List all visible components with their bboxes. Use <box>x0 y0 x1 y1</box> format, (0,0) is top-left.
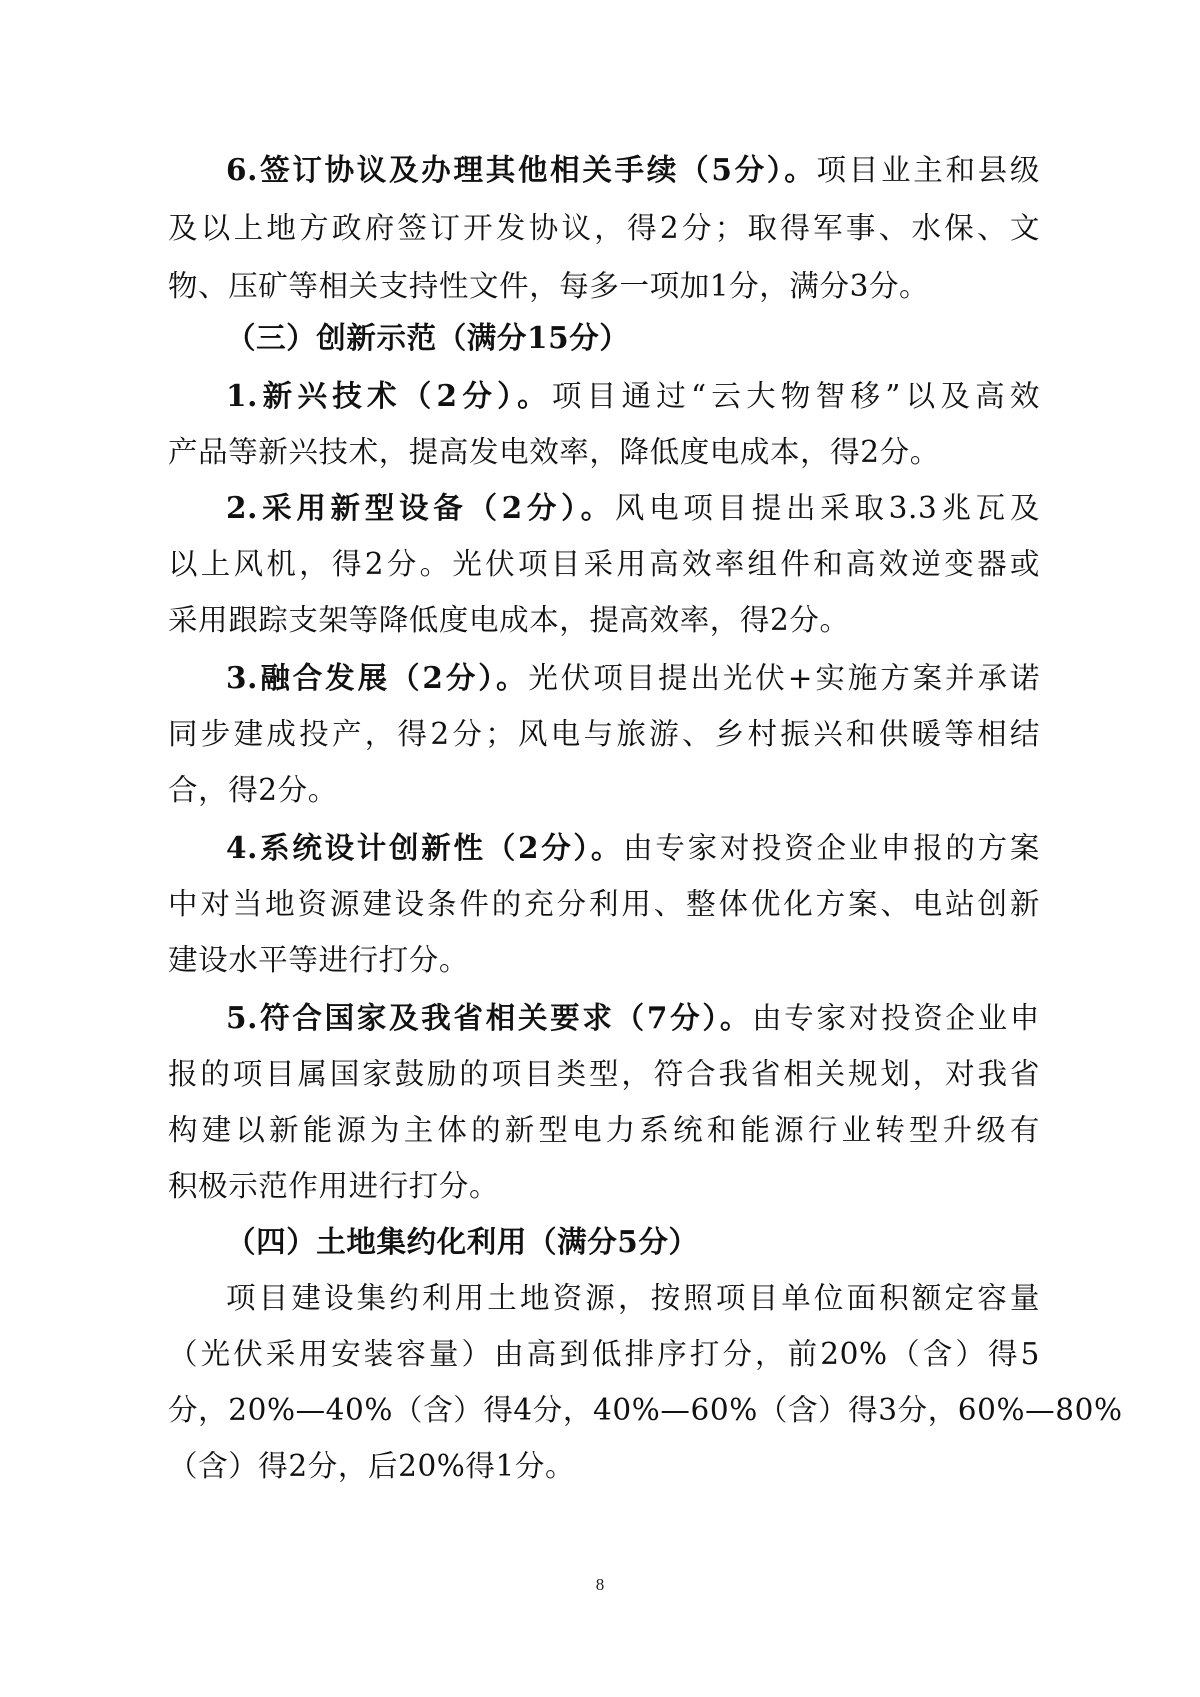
item-3-3-lead: 3.融合发展（2分）。 <box>226 660 528 695</box>
item-6-text: 项目业主和县级 <box>817 153 1040 187</box>
page-number: 8 <box>0 1575 1200 1595</box>
paragraph-item-6-line-1: 6.签订协议及办理其他相关手续（5分）。项目业主和县级 <box>226 150 1040 190</box>
paragraph-item-3-2-line-1: 2.采用新型设备（2分）。风电项目提出采取3.3兆瓦及 <box>226 488 1040 528</box>
item-3-4-text: 由专家对投资企业申报的方案 <box>623 831 1040 865</box>
item-3-2-text: 风电项目提出采取3.3兆瓦及 <box>615 491 1040 525</box>
paragraph-item-6-line-2: 及以上地方政府签订开发协议，得2分；取得军事、水保、文 <box>168 208 1040 248</box>
paragraph-item-3-3-line-3: 合，得2分。 <box>168 770 338 810</box>
paragraph-item-3-3-line-1: 3.融合发展（2分）。光伏项目提出光伏+实施方案并承诺 <box>226 658 1040 698</box>
item-3-5-lead: 5.符合国家及我省相关要求（7分）。 <box>226 1000 752 1035</box>
paragraph-item-3-5-line-4: 积极示范作用进行打分。 <box>168 1166 499 1206</box>
paragraph-item-3-1-line-2: 产品等新兴技术，提高发电效率，降低度电成本，得2分。 <box>168 432 940 472</box>
paragraph-item-3-5-line-1: 5.符合国家及我省相关要求（7分）。由专家对投资企业申 <box>226 998 1040 1038</box>
paragraph-item-3-2-line-3: 采用跟踪支架等降低度电成本，提高效率，得2分。 <box>168 600 850 640</box>
paragraph-item-3-4-line-3: 建设水平等进行打分。 <box>168 940 469 980</box>
paragraph-item-3-4-line-2: 中对当地资源建设条件的充分利用、整体优化方案、电站创新 <box>168 884 1040 924</box>
section-heading-innovation: （三）创新示范（满分15分） <box>226 318 629 358</box>
paragraph-land-use-line-1: 项目建设集约利用土地资源，按照项目单位面积额定容量 <box>226 1278 1040 1318</box>
paragraph-land-use-line-4: （含）得2分，后20%得1分。 <box>168 1446 575 1486</box>
paragraph-item-3-5-line-2: 报的项目属国家鼓励的项目类型，符合我省相关规划，对我省 <box>168 1054 1040 1094</box>
paragraph-item-3-1-line-1: 1.新兴技术（2分）。项目通过“云大物智移”以及高效 <box>226 376 1040 416</box>
item-6-lead: 6.签订协议及办理其他相关手续（5分）。 <box>226 152 817 187</box>
paragraph-item-3-4-line-1: 4.系统设计创新性（2分）。由专家对投资企业申报的方案 <box>226 828 1040 868</box>
item-3-5-text: 由专家对投资企业申 <box>752 1001 1040 1035</box>
section-heading-land-use: （四）土地集约化利用（满分5分） <box>226 1222 699 1262</box>
paragraph-item-3-3-line-2: 同步建成投产，得2分；风电与旅游、乡村振兴和供暖等相结 <box>168 714 1040 754</box>
item-3-4-lead: 4.系统设计创新性（2分）。 <box>226 830 623 865</box>
item-3-2-lead: 2.采用新型设备（2分）。 <box>226 490 615 525</box>
paragraph-land-use-line-3: 分，20%—40%（含）得4分，40%—60%（含）得3分，60%—80% <box>168 1390 1040 1430</box>
paragraph-item-3-5-line-3: 构建以新能源为主体的新型电力系统和能源行业转型升级有 <box>168 1110 1040 1150</box>
item-3-1-text: 项目通过“云大物智移”以及高效 <box>552 379 1040 413</box>
paragraph-item-6-line-3: 物、压矿等相关支持性文件，每多一项加1分，满分3分。 <box>168 266 929 306</box>
paragraph-land-use-line-2: （光伏采用安装容量）由高到低排序打分，前20%（含）得5 <box>168 1334 1040 1374</box>
paragraph-item-3-2-line-2: 以上风机，得2分。光伏项目采用高效率组件和高效逆变器或 <box>168 544 1040 584</box>
item-3-3-text: 光伏项目提出光伏+实施方案并承诺 <box>528 661 1040 695</box>
item-3-1-lead: 1.新兴技术（2分）。 <box>226 378 552 413</box>
